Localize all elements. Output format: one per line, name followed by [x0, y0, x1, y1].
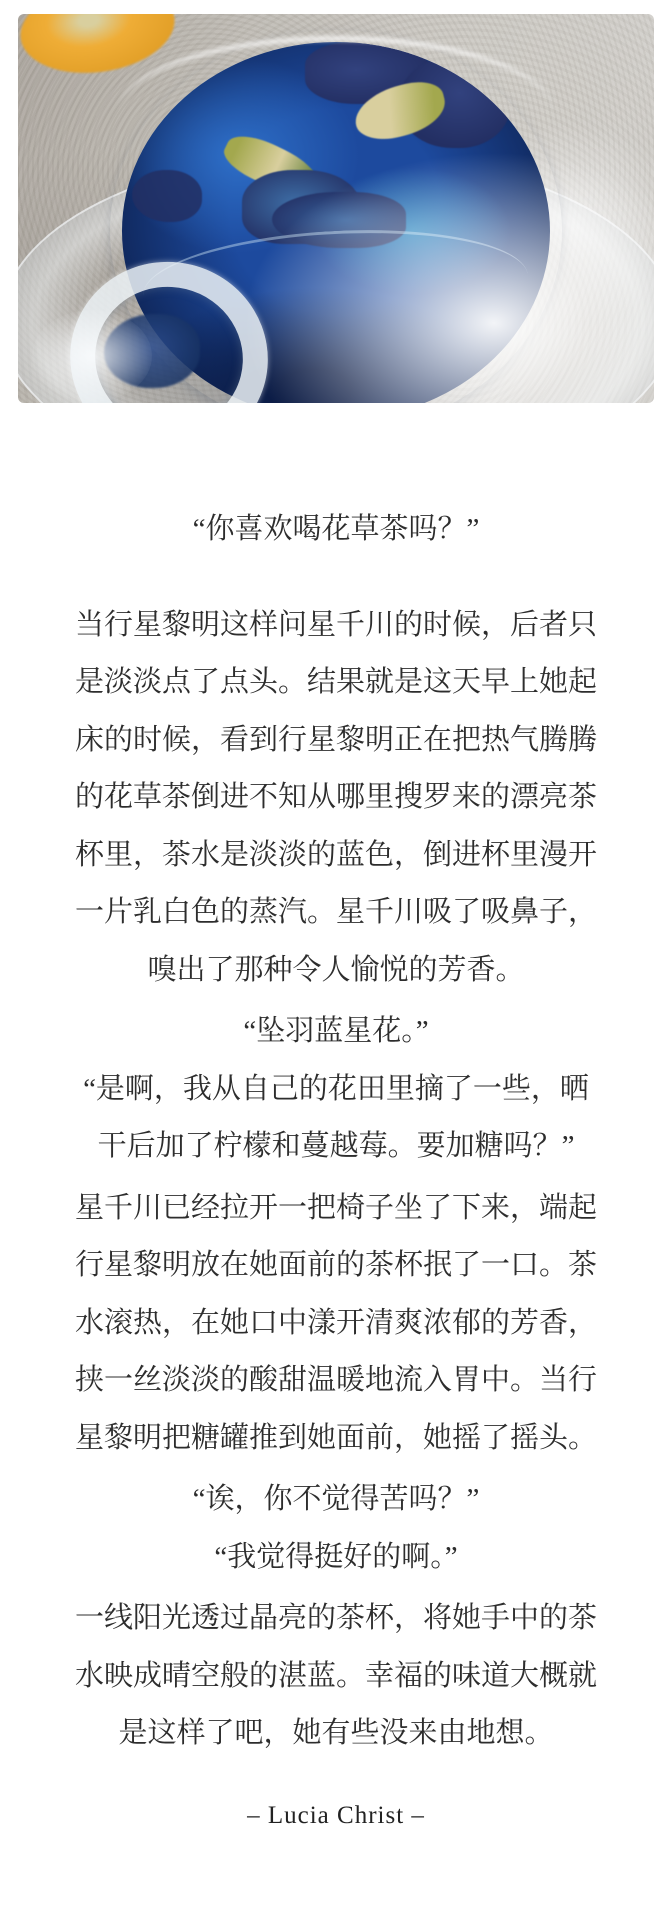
butterfly-pea-flower — [132, 170, 202, 222]
paragraph-block: 当行星黎明这样问星千川的时候，后者只 是淡淡点了点头。结果就是这天早上她起 床的… — [0, 597, 672, 1000]
text-line: “我觉得挺好的啊。” — [0, 1529, 672, 1587]
steam-mist — [244, 153, 654, 403]
text-line: 星千川已经拉开一把椅子坐了下来，端起 — [0, 1180, 672, 1238]
story-text: “你喜欢喝花草茶吗？” 当行星黎明这样问星千川的时候，后者只 是淡淡点了点头。结… — [0, 403, 672, 1844]
text-line: 是淡淡点了点头。结果就是这天早上她起 — [0, 654, 672, 712]
text-line: 一线阳光透过晶亮的茶杯，将她手中的茶 — [0, 1590, 672, 1648]
dialogue-block: “坠羽蓝星花。” “是啊，我从自己的花田里摘了一些，晒 干后加了柠檬和蔓越莓。要… — [0, 1003, 672, 1176]
text-line: “是啊，我从自己的花田里摘了一些，晒 — [0, 1061, 672, 1119]
author-signature: – Lucia Christ – — [0, 1787, 672, 1845]
text-line: 的花草茶倒进不知从哪里搜罗来的漂亮茶 — [0, 769, 672, 827]
dialogue-block: “诶，你不觉得苦吗？” “我觉得挺好的啊。” — [0, 1471, 672, 1586]
dialogue-block: “你喜欢喝花草茶吗？” — [0, 501, 672, 559]
text-line: 杯里，茶水是淡淡的蓝色，倒进杯里漫开 — [0, 827, 672, 885]
tea-photo — [18, 14, 654, 403]
glass-reflection — [32, 310, 152, 402]
text-line: 水滚热，在她口中漾开清爽浓郁的芳香， — [0, 1295, 672, 1353]
paragraph-block: 星千川已经拉开一把椅子坐了下来，端起 行星黎明放在她面前的茶杯抿了一口。茶 水滚… — [0, 1180, 672, 1468]
text-line: 一片乳白色的蒸汽。星千川吸了吸鼻子， — [0, 884, 672, 942]
text-line: 行星黎明放在她面前的茶杯抿了一口。茶 — [0, 1237, 672, 1295]
text-line: “你喜欢喝花草茶吗？” — [0, 501, 672, 559]
text-line: 挟一丝淡淡的酸甜温暖地流入胃中。当行 — [0, 1352, 672, 1410]
text-line: 星黎明把糖罐推到她面前，她摇了摇头。 — [0, 1410, 672, 1468]
text-line: “坠羽蓝星花。” — [0, 1003, 672, 1061]
text-line: 当行星黎明这样问星千川的时候，后者只 — [0, 597, 672, 655]
text-line: 水映成晴空般的湛蓝。幸福的味道大概就 — [0, 1648, 672, 1706]
text-line: 干后加了柠檬和蔓越莓。要加糖吗？” — [0, 1118, 672, 1176]
text-line: 是这样了吧，她有些没来由地想。 — [0, 1705, 672, 1763]
paragraph-block: 一线阳光透过晶亮的茶杯，将她手中的茶 水映成晴空般的湛蓝。幸福的味道大概就 是这… — [0, 1590, 672, 1763]
text-line: “诶，你不觉得苦吗？” — [0, 1471, 672, 1529]
text-line: 床的时候，看到行星黎明正在把热气腾腾 — [0, 712, 672, 770]
text-line: 嗅出了那种令人愉悦的芳香。 — [0, 942, 672, 1000]
